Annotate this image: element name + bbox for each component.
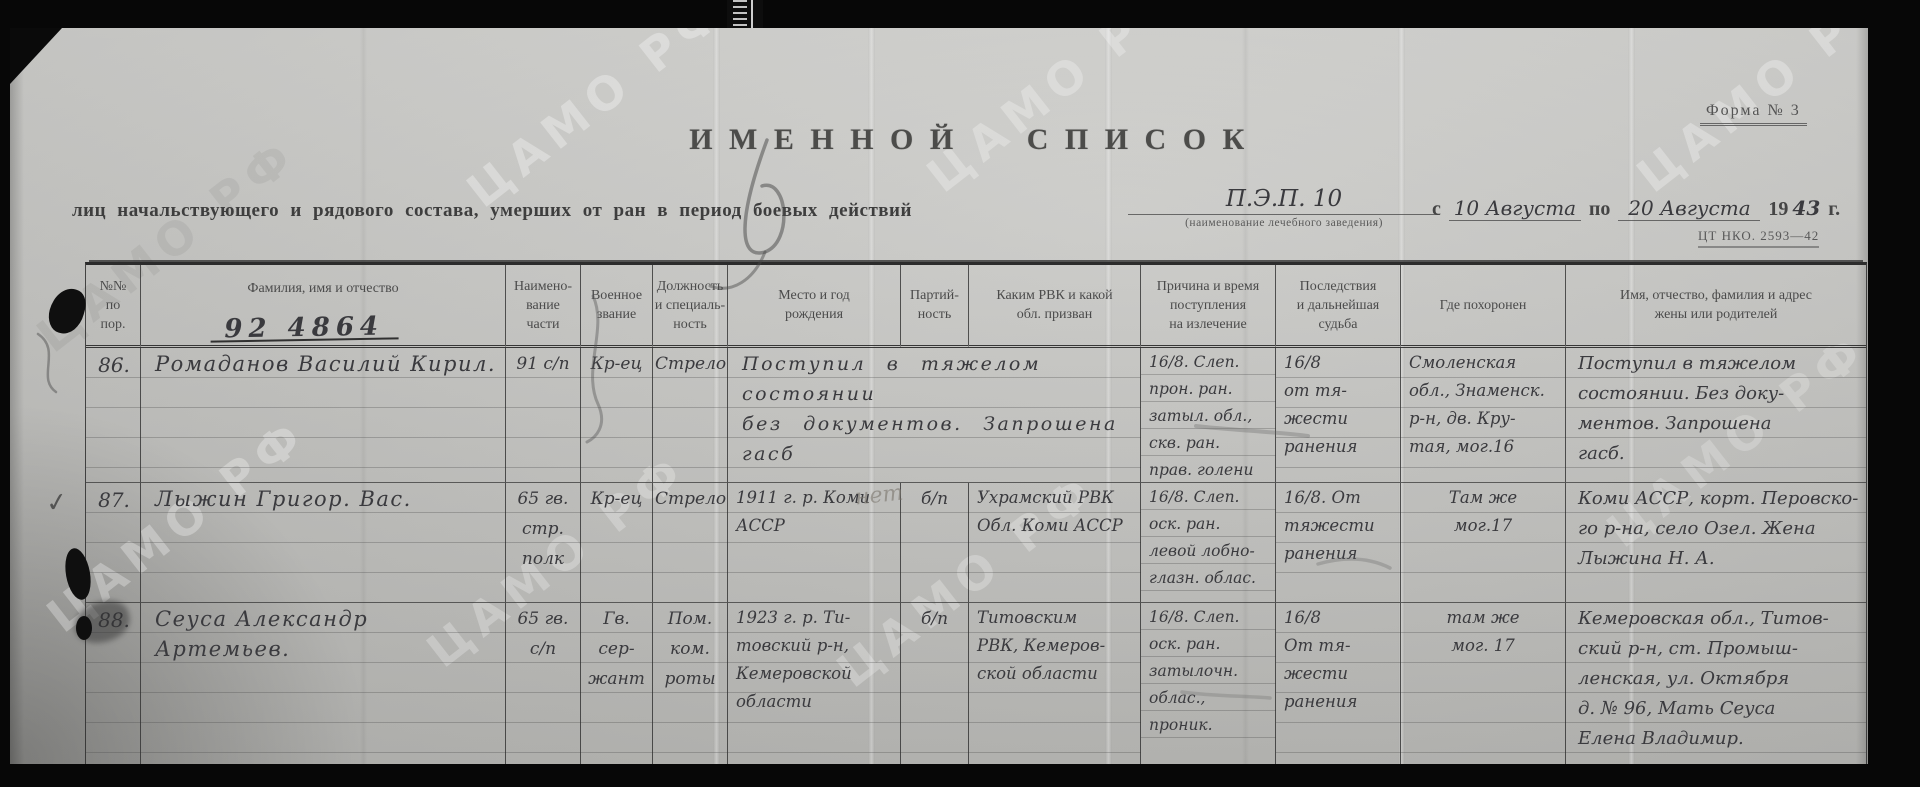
col-header-name: Фамилия, имя и отчество 92 4864 — [141, 265, 506, 348]
cell-outcome: 16/8 От тя- жести ранения — [1276, 603, 1401, 764]
cell-birth: 1923 г. р. Ти- товский р-н, Кемеровской … — [728, 603, 901, 764]
col-header-family: Имя, отчество, фамилия и адрес жены или … — [1566, 265, 1866, 348]
casualty-table: №№ по пор. Фамилия, имя и отчество 92 48… — [85, 262, 1867, 764]
col-header-unit: Наимено- вание части — [506, 265, 581, 348]
scanned-document-page: ЦАМО РФ ЦАМО РФ ЦАМО РФ ЦАМО РФ ЦАМО РФ … — [0, 0, 1920, 787]
facility-caption: (наименование лечебного заведения) — [1128, 215, 1440, 229]
paper-sheet: ЦАМО РФ ЦАМО РФ ЦАМО РФ ЦАМО РФ ЦАМО РФ … — [10, 28, 1868, 764]
ruler-ticks — [733, 0, 747, 28]
cell-cause: 16/8. Слеп. оск. ран. затылочн. облас., … — [1141, 603, 1276, 764]
from-date-handwritten: 10 Августа — [1449, 196, 1581, 221]
cell-unit: 91 с/п — [506, 348, 581, 483]
document-title: ИМЕННОЙ СПИСОК — [605, 123, 1345, 157]
year-handwritten: 43 — [1792, 196, 1820, 220]
to-label: по — [1589, 198, 1611, 221]
cell-burial: Смоленская обл., Знаменск. р-н, дв. Кру-… — [1401, 348, 1566, 483]
col-header-burial: Где похоронен — [1401, 265, 1566, 348]
cell-burial: там же мог. 17 — [1401, 603, 1566, 764]
cell-cause: 16/8. Слеп. прон. ран. затыл. обл., скв.… — [1141, 348, 1276, 483]
cell-family: Коми АССР, корт. Перовско- го р-на, село… — [1566, 483, 1866, 603]
cell-rank: Гв. сер- жант — [581, 603, 653, 764]
col-header-outcome: Последствия и дальнейшая судьба — [1276, 265, 1401, 348]
form-code: ЦТ НКО. 2593—42 — [1698, 228, 1819, 248]
cell-outcome: 16/8 от тя- жести ранения — [1276, 348, 1401, 483]
year-prefix: 19 — [1768, 198, 1788, 221]
col-header-name-label: Фамилия, имя и отчество — [247, 279, 398, 298]
col-header-number: №№ по пор. — [86, 265, 141, 348]
cell-name: Ромаданов Василий Кирил. — [141, 348, 506, 483]
cell-position: Стрелок — [653, 348, 728, 483]
cell-outcome: 16/8. От тяжести ранения — [1276, 483, 1401, 603]
period-fields: с 10 Августа по 20 Августа 19 43 г. — [1432, 196, 1840, 221]
cell-burial: Там же мог.17 — [1401, 483, 1566, 603]
cell-name: Лыжин Григор. Вас. — [141, 483, 506, 603]
ruler-edge — [751, 0, 753, 28]
col-header-birth: Место и год рождения — [728, 265, 901, 348]
cell-unit: 65 гв. с/п — [506, 603, 581, 764]
col-header-cause: Причина и время поступления на излечение — [1141, 265, 1276, 348]
medical-facility-field: П.Э.П. 10 (наименование лечебного заведе… — [1128, 186, 1440, 229]
paper-hole — [76, 616, 92, 640]
cell-family: Кемеровская обл., Титов- ский р-н, ст. П… — [1566, 603, 1866, 764]
row-number: 87. — [86, 483, 141, 603]
checkmark-annotation: ✓ — [44, 487, 70, 520]
pencil-note: нет — [854, 481, 905, 511]
cell-rvk: Ухрамский РВК Обл. Коми АССР — [969, 483, 1141, 603]
cell-position: Стрелок — [653, 483, 728, 603]
cell-name: Сеуса Александр Артемьев. — [141, 603, 506, 764]
cell-cause: 16/8. Слеп. оск. ран. левой лобно- глазн… — [1141, 483, 1276, 603]
cell-position: Пом. ком. роты — [653, 603, 728, 764]
form-number-label: Форма № 3 — [1700, 102, 1807, 126]
col-header-position: Должность и специаль- ность — [653, 265, 728, 348]
cell-family: Поступил в тяжелом состоянии. Без доку- … — [1566, 348, 1866, 483]
cell-party: б/п — [901, 603, 969, 764]
cell-party: б/п — [901, 483, 969, 603]
cell-note-across-columns: Поступил в тяжелом состоянии без докумен… — [728, 348, 1141, 483]
cell-rvk: Титовским РВК, Кемеров- ской области — [969, 603, 1141, 764]
to-date-handwritten: 20 Августа — [1618, 196, 1760, 221]
col-header-party: Партий- ность — [901, 265, 969, 348]
col-header-rvk: Каким РВК и какой обл. призван — [969, 265, 1141, 348]
col-header-rank: Военное звание — [581, 265, 653, 348]
archive-watermark: ЦАМО РФ — [917, 28, 1198, 203]
document-subtitle: лиц начальствующего и рядового состава, … — [72, 200, 912, 222]
cell-unit: 65 гв. стр. полк — [506, 483, 581, 603]
registry-number-handwritten: 92 4864 — [210, 317, 398, 342]
from-label: с — [1432, 198, 1441, 221]
cell-rank: Кр-ец — [581, 483, 653, 603]
scanner-ruler — [727, 0, 763, 28]
row-number: 86. — [86, 348, 141, 483]
facility-handwritten-value: П.Э.П. 10 — [1128, 186, 1440, 215]
cell-rank: Кр-ец — [581, 348, 653, 483]
year-suffix: г. — [1828, 198, 1840, 221]
